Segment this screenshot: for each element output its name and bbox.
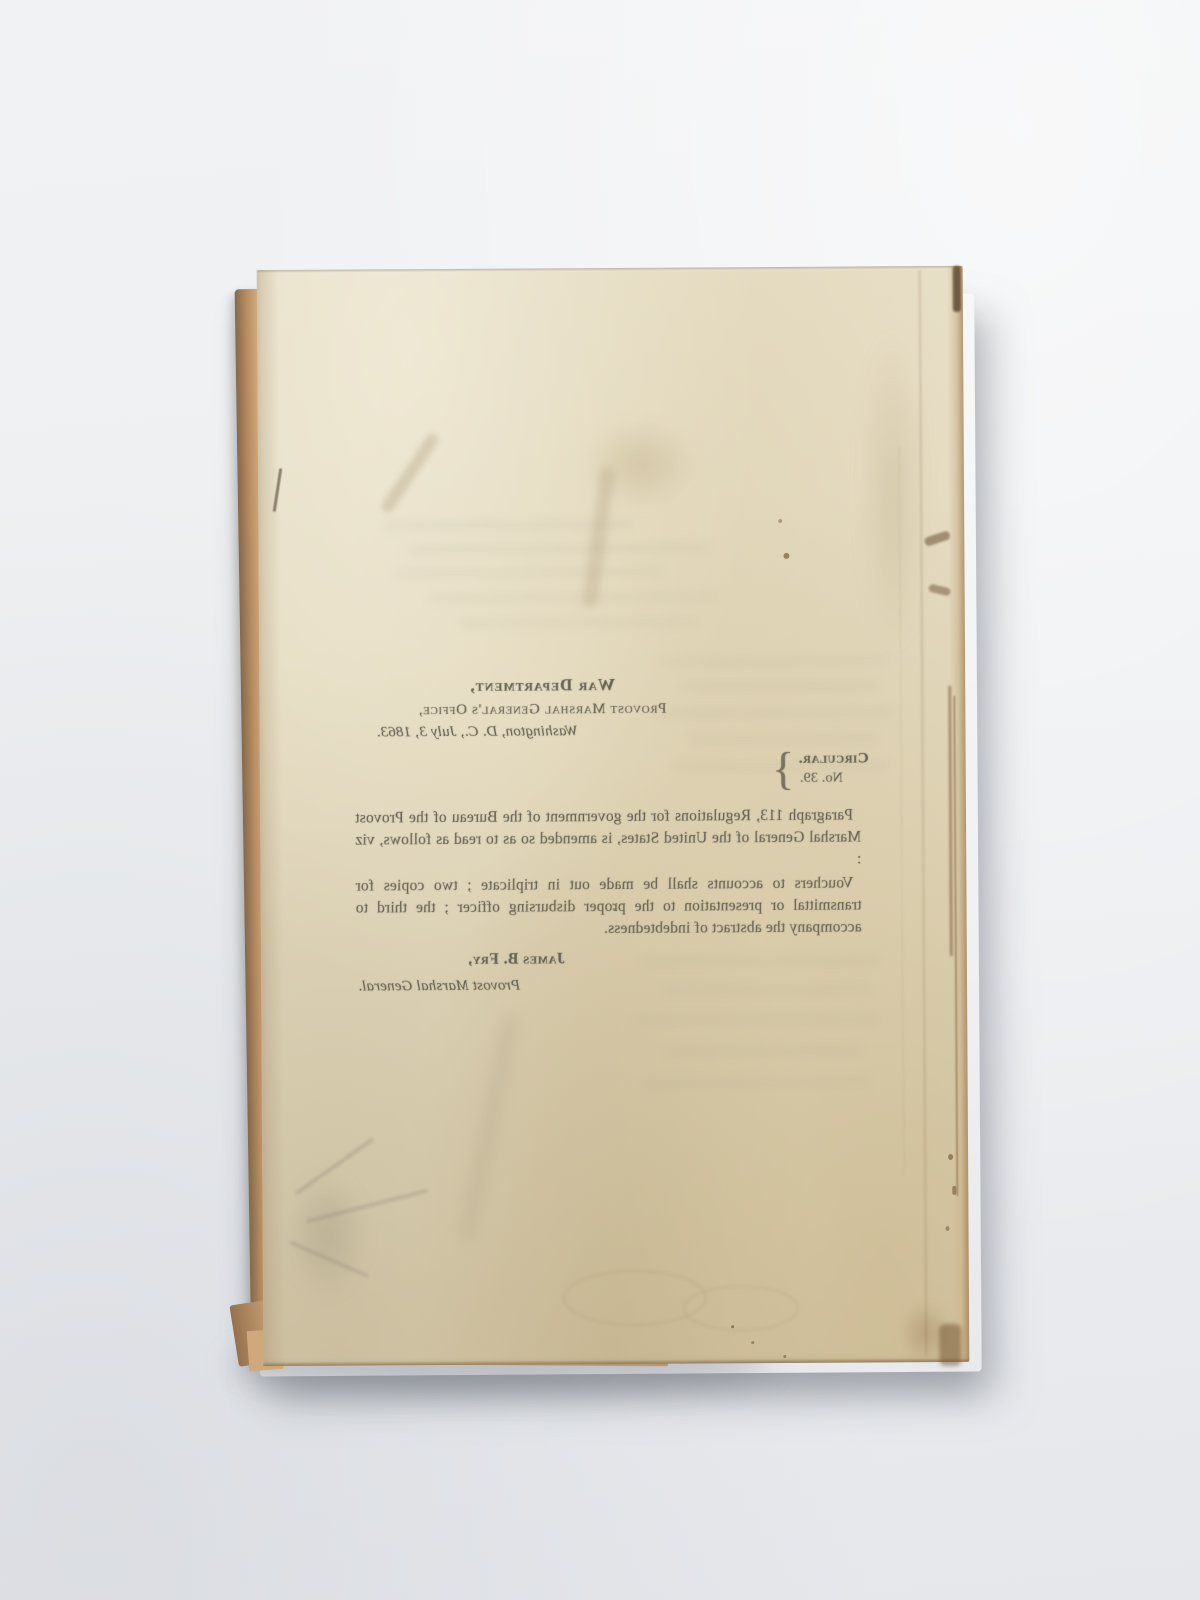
- ghost-text-line: [659, 656, 889, 665]
- signature-name: James B. Fry,: [356, 946, 862, 971]
- stain-vein: [306, 1189, 428, 1223]
- stain-tide-ring: [563, 1269, 707, 1326]
- stain-speck: [783, 1355, 786, 1358]
- stain-speck: [778, 519, 782, 523]
- heading-office: Provost Marshal General's Office,: [354, 696, 860, 721]
- ghost-text-line: [661, 1046, 861, 1055]
- stain-streak: [582, 466, 616, 609]
- printed-text-mirrored: War Department, Provost Marshal General'…: [354, 670, 862, 997]
- stain-speck: [751, 1341, 754, 1344]
- brace-glyph: }: [772, 747, 795, 791]
- page-top-edge: [257, 266, 963, 273]
- circular-number: No. 39.: [798, 768, 869, 788]
- stain-blotch: [581, 416, 702, 512]
- ghost-text-line: [393, 568, 663, 578]
- stain-speck: [783, 553, 789, 559]
- circular-block: Circular. No. 39. }: [719, 746, 869, 791]
- edge-mark: [946, 1226, 950, 1231]
- stain-vein: [295, 1138, 374, 1195]
- dateline: Washington, D. C., July 3, 1863.: [354, 718, 860, 743]
- paragraph-regulations: Paragraph 113, Regulations for the gover…: [355, 804, 861, 873]
- stain-tide-ring: [683, 1285, 799, 1332]
- circular-labels: Circular. No. 39.: [798, 748, 869, 788]
- stain-grime: [857, 326, 929, 656]
- stain-smear: [899, 1302, 951, 1364]
- ghost-text-line: [631, 1014, 881, 1024]
- photo-background: War Department, Provost Marshal General'…: [0, 0, 1200, 1600]
- stain-streak: [457, 1013, 521, 1242]
- paragraph-vouchers: Vouchers to accounts shall be made out i…: [355, 872, 861, 941]
- crease-line: [899, 446, 904, 1176]
- document-page: War Department, Provost Marshal General'…: [257, 266, 970, 1366]
- ghost-text-line: [383, 520, 633, 531]
- signature-title: Provost Marshal General.: [356, 972, 862, 997]
- stain-speck: [731, 1325, 734, 1328]
- crease-line: [919, 270, 928, 1356]
- ghost-text-line: [642, 1078, 872, 1087]
- edge-mark: [924, 530, 952, 547]
- ghost-text-line: [408, 543, 708, 554]
- ghost-text-line: [459, 617, 699, 626]
- page-left-shade: [257, 270, 290, 1366]
- stain-blotch: [284, 1169, 370, 1300]
- heading-war-department: War Department,: [354, 670, 860, 699]
- circular-label: Circular.: [798, 748, 869, 768]
- stain-vein: [290, 1241, 369, 1278]
- ghost-text-line: [429, 592, 719, 602]
- stain-streak: [379, 432, 440, 515]
